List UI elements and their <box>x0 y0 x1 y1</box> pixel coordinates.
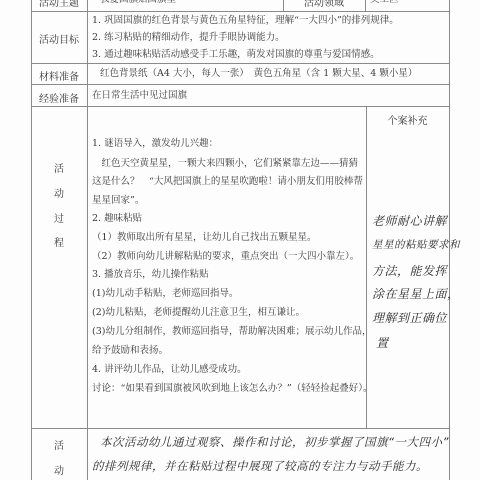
handwritten-note-line: 理解到正确位 <box>372 309 447 326</box>
row-divider <box>31 63 450 64</box>
process-line: 2. 趣味粘贴 <box>92 213 142 225</box>
reflection-handwritten-line: 本次活动幼儿通过观察、操作和讨论，初步掌握了国旗“一大四小” <box>100 434 449 450</box>
row-divider <box>31 428 450 429</box>
process-label-char: 动 <box>31 185 87 200</box>
handwritten-note-line: 置 <box>376 334 389 351</box>
theme-label: 活动主题 <box>31 0 87 9</box>
process-line: (3)幼儿分组制作，教师巡回指导，帮助解决困难；展示幼儿作品， <box>92 326 371 338</box>
case-note-divider <box>366 106 367 428</box>
process-line: 1. 谜语导入，激发幼儿兴趣： <box>92 138 218 150</box>
objective-item: 2. 练习粘贴的精细动作，提升手眼协调能力。 <box>92 32 285 44</box>
process-label-char: 活 <box>31 160 87 175</box>
process-line: 4. 讲评幼儿作品，让幼儿感受成功。 <box>92 364 247 376</box>
handwritten-note-line: 星星的粘贴要求和 <box>372 237 460 252</box>
process-line: 给予鼓励和表扬。 <box>92 345 168 357</box>
process-line: （1）教师取出所有星星，让幼儿自己找出五颗星星。 <box>92 232 317 244</box>
handwritten-note-line: 方法，能发挥 <box>372 262 447 279</box>
process-label-char: 过 <box>31 210 87 225</box>
lesson-plan-page: 活动主题 我爱国旗贴国旗星 活动领域 美工区 活动目标 1. 巩固国旗的红色背景… <box>0 0 480 480</box>
materials-value: 红色背景纸（A4 大小，每人一张） 黄色五角星（含 1 颗大星、4 颗小星） <box>100 68 417 80</box>
process-line: 红色天空黄星星，一颗大来四颗小，它们紧紧靠左边——猜猜 <box>92 158 358 170</box>
process-label-char: 程 <box>31 234 87 249</box>
process-line: 这是什么？ “大风把国旗上的星星吹跑啦！请小朋友们用胶棒帮 <box>92 176 363 188</box>
experience-value: 在日常生活中见过国旗 <box>92 90 187 102</box>
case-note-header: 个案补充 <box>366 112 449 127</box>
handwritten-note-line: 涂在星星上面， <box>372 285 460 302</box>
row-divider <box>31 106 450 107</box>
label-column-divider <box>87 0 88 480</box>
reflection-label-char: 活 <box>31 437 87 452</box>
experience-label: 经验准备 <box>31 90 87 105</box>
row-divider <box>31 84 450 85</box>
domain-label: 活动领域 <box>283 0 365 9</box>
theme-value: 我爱国旗贴国旗星 <box>100 0 176 6</box>
handwritten-note-line: 老师耐心讲解 <box>372 212 447 229</box>
objective-item: 1. 巩固国旗的红色背景与黄色五角星特征，理解“一大四小”的排列规律。 <box>92 15 399 27</box>
process-line: （2）教师向幼儿讲解粘贴的要求，重点突出（一大四小靠左）。 <box>92 251 359 263</box>
process-line: 3. 播放音乐，幼儿操作粘贴 <box>92 269 209 281</box>
process-line: (2)幼儿粘贴，老师提醒幼儿注意卫生，相互谦让。 <box>92 307 305 319</box>
objective-item: 3. 通过趣味粘贴活动感受手工乐趣，萌发对国旗的尊重与爱国情感。 <box>92 49 380 61</box>
reflection-handwritten-line: 的排列规律，并在粘贴过程中展现了较高的专注力与动手能力。 <box>92 458 428 474</box>
row-divider <box>31 11 450 12</box>
header-divider-2 <box>365 0 366 11</box>
objectives-label: 活动目标 <box>31 31 87 46</box>
process-line: 讨论：“如果看到国旗被风吹到地上该怎么办？”（轻轻捡起叠好）。 <box>92 383 372 395</box>
materials-label: 材料准备 <box>31 68 87 83</box>
reflection-label-char: 动 <box>31 462 87 477</box>
domain-value: 美工区 <box>370 0 399 6</box>
process-line: (1)幼儿动手粘贴，老师巡回指导。 <box>92 288 238 300</box>
process-line: 星星回家”。 <box>92 195 144 207</box>
